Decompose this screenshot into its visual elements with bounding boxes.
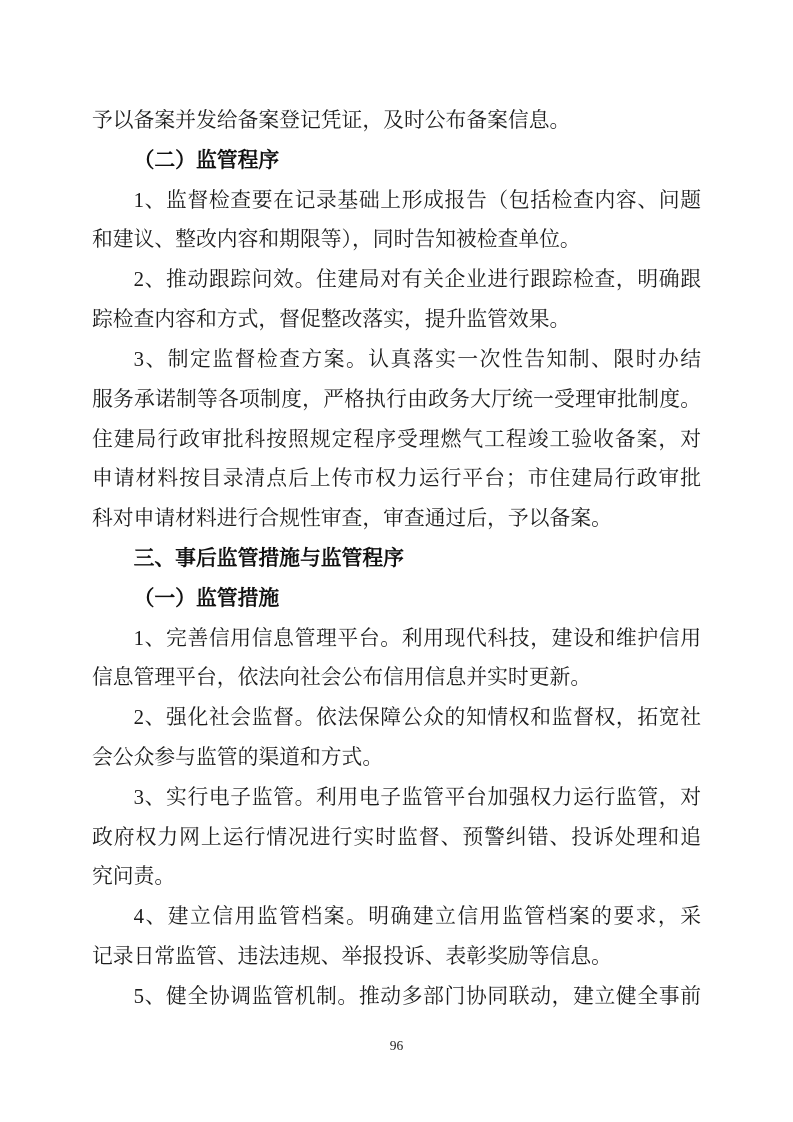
text-line: 申请材料按目录清点后上传市权力运行平台；市住建局行政审批 [92,459,701,499]
text-line: 1、监督检查要在记录基础上形成报告（包括检查内容、问题 [92,181,701,221]
text-line: 5、健全协调监管机制。推动多部门协同联动，建立健全事前 [92,977,701,1017]
text-line: 住建局行政审批科按照规定程序受理燃气工程竣工验收备案，对 [92,420,701,460]
text-line: 究问责。 [92,857,701,897]
document-body: 予以备案并发给备案登记凭证，及时公布备案信息。（二）监管程序1、监督检查要在记录… [92,101,701,1017]
text-line: 信息管理平台，依法向社会公布信用信息并实时更新。 [92,658,701,698]
text-line: 政府权力网上运行情况进行实时监督、预警纠错、投诉处理和追 [92,818,701,858]
text-line: 3、实行电子监管。利用电子监管平台加强权力运行监管，对 [92,778,701,818]
text-line: 2、推动跟踪问效。住建局对有关企业进行跟踪检查，明确跟 [92,260,701,300]
text-line: 2、强化社会监督。依法保障公众的知情权和监督权，拓宽社 [92,698,701,738]
text-line: 3、制定监督检查方案。认真落实一次性告知制、限时办结制、 [92,340,701,380]
text-line: 4、建立信用监管档案。明确建立信用监管档案的要求，采集、 [92,897,701,937]
heading-line: （二）监管程序 [92,141,701,181]
text-line: 1、完善信用信息管理平台。利用现代科技，建设和维护信用 [92,619,701,659]
heading-line: 三、事后监管措施与监管程序 [92,539,701,579]
text-line: 予以备案并发给备案登记凭证，及时公布备案信息。 [92,101,701,141]
heading-line: （一）监管措施 [92,579,701,619]
text-line: 科对申请材料进行合规性审查，审查通过后，予以备案。 [92,499,701,539]
text-line: 记录日常监管、违法违规、举报投诉、表彰奖励等信息。 [92,937,701,977]
text-line: 会公众参与监管的渠道和方式。 [92,738,701,778]
text-line: 服务承诺制等各项制度，严格执行由政务大厅统一受理审批制度。 [92,380,701,420]
text-line: 踪检查内容和方式，督促整改落实，提升监管效果。 [92,300,701,340]
text-line: 和建议、整改内容和期限等），同时告知被检查单位。 [92,220,701,260]
page-number: 96 [0,1038,793,1054]
document-page: 予以备案并发给备案登记凭证，及时公布备案信息。（二）监管程序1、监督检查要在记录… [0,0,793,1122]
